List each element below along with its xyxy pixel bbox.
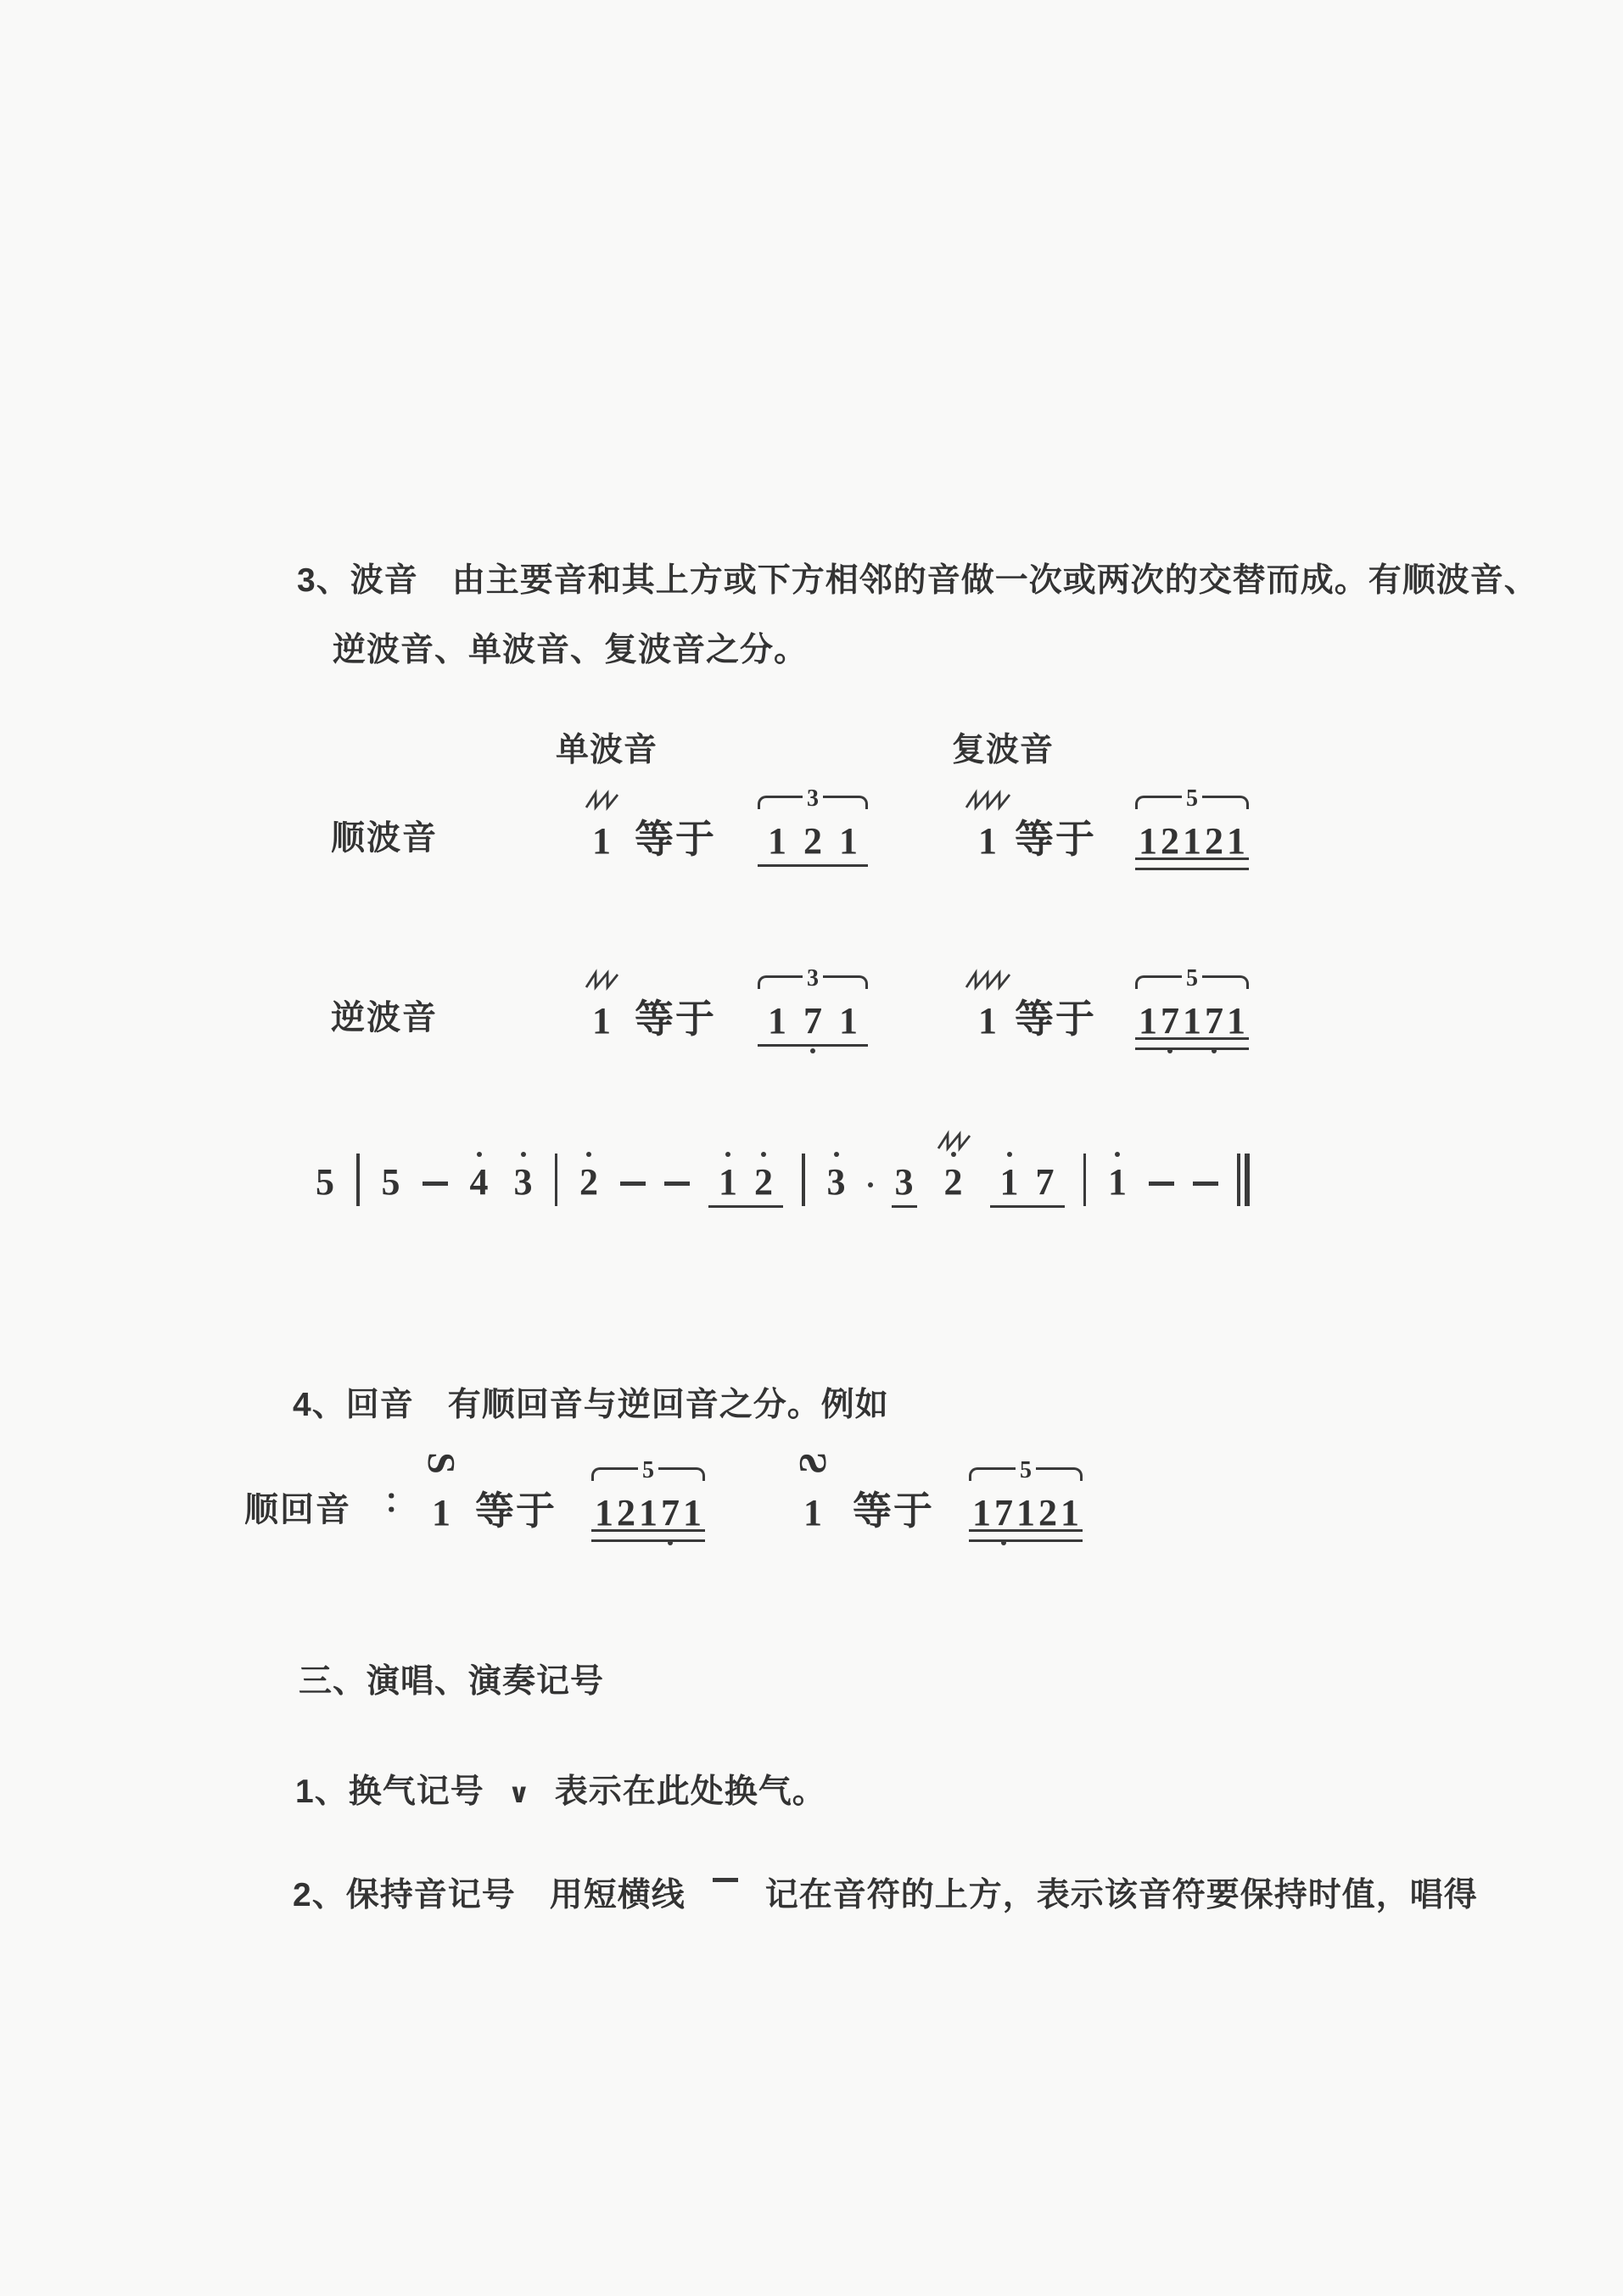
music-note: 12 — [708, 1164, 783, 1206]
final-barline — [1237, 1154, 1250, 1206]
tuplet-bracket-left — [591, 1467, 638, 1481]
jianpu-note: 7 — [994, 1494, 1013, 1532]
tuplet-bracket: 3 — [758, 975, 868, 992]
tuplet-bracket-left — [969, 1467, 1016, 1481]
jianpu-note: 2 — [579, 1164, 598, 1201]
note-digit: 1 — [639, 1492, 658, 1533]
music-note: 2 — [936, 1130, 971, 1206]
wave-row-shun: 顺波音1等于31211等于512121 — [0, 746, 1623, 865]
equals-label: 等于 — [853, 1491, 934, 1537]
jianpu-note: 1 — [1227, 823, 1245, 860]
jianpu-figure: 1 — [975, 1003, 1000, 1045]
note-digit: 2 — [944, 1161, 963, 1203]
jianpu-figure: 2 — [941, 1164, 966, 1206]
note-digit: 1 — [768, 1000, 786, 1042]
jianpu-note: 1 — [592, 1003, 611, 1040]
jianpu-figure: 1 — [589, 823, 614, 865]
colon-separator: ： — [383, 1484, 417, 1527]
jianpu-note: 2 — [1161, 823, 1179, 860]
jianpu-note: 2 — [617, 1494, 635, 1532]
jianpu-note: 1 — [978, 1003, 997, 1040]
music-note: 4 — [467, 1164, 492, 1206]
note-digit: 5 — [382, 1161, 400, 1203]
principal-note: 1 — [964, 789, 1011, 865]
jianpu-note: 1 — [683, 1494, 702, 1532]
octave-dot-high — [1007, 1152, 1012, 1157]
jianpu-figure: 12121 — [1135, 823, 1249, 865]
mordent-ornament — [964, 969, 1011, 991]
jianpu-note: 1 — [1061, 1494, 1079, 1532]
jianpu-note: 1 — [1183, 1003, 1201, 1040]
duration-dash — [620, 1182, 646, 1186]
jianpu-figure: 3 — [892, 1164, 917, 1206]
jianpu-note: 1 — [1139, 1003, 1157, 1040]
tuplet-bracket: 3 — [758, 796, 868, 813]
breath-mark-text-pre: 1、换气记号 — [295, 1774, 484, 1810]
jianpu-figure: 1 — [975, 823, 1000, 865]
note-digit: 2 — [1161, 820, 1179, 862]
note-digit: 1 — [978, 820, 997, 862]
duration-dash — [664, 1182, 690, 1186]
mordent-zigzag-icon — [584, 969, 619, 991]
jianpu-note: 4 — [470, 1164, 489, 1201]
note-digit: 1 — [978, 1000, 997, 1042]
jianpu-note: 2 — [1038, 1494, 1057, 1532]
note-digit: 1 — [592, 1000, 611, 1042]
row-label: 顺回音 — [244, 1493, 351, 1527]
equals-label: 等于 — [635, 819, 716, 865]
note-digit: 2 — [803, 820, 822, 862]
result-figure: 517171 — [1135, 975, 1249, 1045]
music-note: 3 — [892, 1164, 917, 1206]
jianpu-note: 1 — [768, 1003, 786, 1040]
tuplet-bracket: 5 — [591, 1467, 705, 1484]
jianpu-figure: 121 — [758, 823, 868, 865]
note-digit: 7 — [994, 1492, 1013, 1533]
jianpu-note: 1 — [839, 1003, 858, 1040]
augmentation-dot — [868, 1182, 873, 1187]
tenuto-mark-icon — [713, 1878, 738, 1882]
mordent-ornament — [936, 1130, 971, 1152]
jianpu-note: 1 — [639, 1494, 658, 1532]
jianpu-note: 5 — [316, 1164, 334, 1201]
turn-row-shun: 顺回音：S1等于512171S1等于517121 — [0, 1418, 1623, 1537]
jianpu-figure: 17 — [990, 1164, 1065, 1206]
jianpu-note: 3 — [895, 1164, 914, 1201]
jianpu-figure: 2 — [576, 1164, 602, 1206]
note-digit: 2 — [754, 1161, 773, 1203]
breath-mark-text-post: 表示在此处换气。 — [555, 1774, 826, 1810]
jianpu-note: 2 — [944, 1164, 963, 1201]
jianpu-note: 7 — [803, 1003, 822, 1040]
mordent-zigzag-icon — [964, 969, 1011, 991]
turn-ornament: S — [802, 1444, 824, 1483]
jianpu-note: 1 — [1183, 823, 1201, 860]
note-digit: 1 — [719, 1161, 737, 1203]
music-note: 3 — [824, 1164, 849, 1206]
music-example-line: 5543212332171 — [312, 1111, 1250, 1206]
tenuto-mark-item: 2、保持音记号 用短横线记在音符的上方，表示该音符要保持时值，唱得 — [293, 1874, 1478, 1918]
note-digit: 1 — [595, 1492, 613, 1533]
mordent-ornament — [964, 789, 1011, 811]
principal-note: 1 — [964, 969, 1011, 1045]
jianpu-note: 1 — [1108, 1164, 1127, 1201]
octave-dot-high — [761, 1152, 766, 1157]
jianpu-figure: 1 — [800, 1494, 825, 1537]
principal-note: 1 — [584, 789, 619, 865]
tuplet-bracket-left — [1135, 975, 1182, 989]
turn-icon: S — [793, 1452, 832, 1474]
wave-row-ni: 逆波音1等于31711等于517171 — [0, 926, 1623, 1045]
octave-dot-low — [1167, 1048, 1172, 1053]
principal-note: S1 — [428, 1444, 454, 1537]
mordent-zigzag-icon — [964, 789, 1011, 811]
jianpu-figure: 3 — [824, 1164, 849, 1206]
equals-label: 等于 — [475, 1491, 557, 1537]
jianpu-note: 5 — [382, 1164, 400, 1201]
tuplet-bracket-right — [1036, 1467, 1083, 1481]
tuplet-bracket-left — [1135, 796, 1182, 809]
note-digit: 1 — [1000, 1161, 1019, 1203]
octave-dot-high — [521, 1152, 526, 1157]
tuplet-bracket-right — [658, 1467, 705, 1481]
note-digit: 1 — [1183, 1000, 1201, 1042]
note-digit: 4 — [470, 1161, 489, 1203]
note-digit: 3 — [827, 1161, 846, 1203]
note-digit: 7 — [803, 1000, 822, 1042]
jianpu-note: 1 — [1227, 1003, 1245, 1040]
note-digit: 2 — [579, 1161, 598, 1203]
tuplet-bracket: 5 — [1135, 796, 1249, 813]
mordent-zigzag-icon — [936, 1130, 971, 1152]
note-digit: 1 — [1139, 820, 1157, 862]
jianpu-figure: 1 — [428, 1494, 454, 1537]
turn-icon: S — [422, 1452, 461, 1474]
music-note: 5 — [378, 1164, 404, 1206]
jianpu-note: 1 — [1000, 1164, 1019, 1201]
note-digit: 7 — [661, 1492, 680, 1533]
tenuto-text-pre: 2、保持音记号 用短横线 — [293, 1877, 686, 1913]
jianpu-figure: 3 — [511, 1164, 536, 1206]
jianpu-note: 1 — [803, 1494, 822, 1532]
note-digit: 7 — [1036, 1161, 1055, 1203]
note-digit: 1 — [839, 1000, 858, 1042]
equals-label: 等于 — [635, 999, 716, 1045]
jianpu-note: 3 — [514, 1164, 533, 1201]
note-digit: 1 — [839, 820, 858, 862]
breath-mark-item: 1、换气记号∨表示在此处换气。 — [295, 1771, 826, 1814]
mordent-ornament — [584, 789, 619, 811]
section3-line1: 3、波音 由主要音和其上方或下方相邻的音做一次或两次的交替而成。有顺波音、 — [297, 560, 1538, 603]
music-note: 3 — [511, 1164, 536, 1206]
note-digit: 7 — [1161, 1000, 1179, 1042]
music-note: 5 — [312, 1164, 338, 1206]
octave-dot-high — [586, 1152, 591, 1157]
tuplet-number: 5 — [1186, 787, 1198, 811]
note-digit: 1 — [432, 1492, 451, 1533]
jianpu-note: 2 — [754, 1164, 773, 1201]
jianpu-figure: 12171 — [591, 1494, 705, 1537]
jianpu-figure: 12 — [708, 1164, 783, 1206]
result-figure: 517121 — [969, 1467, 1083, 1537]
result-figure: 3121 — [758, 796, 868, 865]
duration-dash — [423, 1182, 448, 1186]
jianpu-figure: 17171 — [1135, 1003, 1249, 1045]
jianpu-note: 1 — [1139, 823, 1157, 860]
jianpu-note: 1 — [839, 823, 858, 860]
jianpu-note: 1 — [432, 1494, 451, 1532]
result-figure: 512121 — [1135, 796, 1249, 865]
equals-label: 等于 — [1015, 999, 1096, 1045]
music-note: 1 — [1105, 1164, 1130, 1206]
tuplet-bracket-left — [758, 796, 803, 809]
tuplet-number: 5 — [1020, 1459, 1032, 1483]
jianpu-figure: 5 — [312, 1164, 338, 1206]
jianpu-note: 1 — [768, 823, 786, 860]
section-three-heading: 三、演唱、演奏记号 — [299, 1661, 604, 1704]
note-digit: 7 — [1205, 1000, 1223, 1042]
equals-label: 等于 — [1015, 819, 1096, 865]
jianpu-figure: 1 — [589, 1003, 614, 1045]
tuplet-bracket-right — [1202, 796, 1249, 809]
tuplet-number: 3 — [807, 967, 819, 991]
note-digit: 3 — [895, 1161, 914, 1203]
section3-line2: 逆波音、单波音、复波音之分。 — [333, 629, 808, 673]
octave-dot-high — [1115, 1152, 1120, 1157]
tuplet-bracket-left — [758, 975, 803, 989]
note-digit: 1 — [803, 1492, 822, 1533]
duration-dash — [1149, 1182, 1174, 1186]
jianpu-note: 1 — [1016, 1494, 1035, 1532]
mordent-ornament — [584, 969, 619, 991]
octave-dot-high — [477, 1152, 482, 1157]
tuplet-bracket-right — [1202, 975, 1249, 989]
jianpu-note: 1 — [972, 1494, 991, 1532]
octave-dot-low — [810, 1048, 815, 1053]
tuplet-number: 3 — [807, 787, 819, 811]
music-note: 2 — [576, 1164, 602, 1206]
octave-dot-low — [668, 1540, 673, 1545]
octave-dot-low — [1212, 1048, 1217, 1053]
note-digit: 1 — [1227, 1000, 1245, 1042]
note-digit: 1 — [1183, 820, 1201, 862]
note-digit: 5 — [316, 1161, 334, 1203]
jianpu-note: 1 — [592, 823, 611, 860]
jianpu-note: 3 — [827, 1164, 846, 1201]
note-digit: 2 — [1205, 820, 1223, 862]
note-digit: 1 — [1016, 1492, 1035, 1533]
note-digit: 1 — [683, 1492, 702, 1533]
octave-dot-high — [834, 1152, 839, 1157]
jianpu-note: 1 — [719, 1164, 737, 1201]
note-digit: 2 — [1038, 1492, 1057, 1533]
result-figure: 512171 — [591, 1467, 705, 1537]
final-barline-thick — [1245, 1154, 1250, 1206]
barline — [802, 1154, 805, 1206]
note-digit: 1 — [1108, 1161, 1127, 1203]
jianpu-note: 2 — [1205, 823, 1223, 860]
octave-dot-low — [1001, 1540, 1006, 1545]
tuplet-bracket: 5 — [1135, 975, 1249, 992]
result-figure: 3171 — [758, 975, 868, 1045]
turn-ornament: S — [430, 1444, 452, 1483]
row-label: 顺波音 — [331, 821, 438, 855]
note-digit: 1 — [1061, 1492, 1079, 1533]
mordent-zigzag-icon — [584, 789, 619, 811]
note-digit: 1 — [768, 820, 786, 862]
breath-mark-icon: ∨ — [508, 1779, 531, 1807]
barline — [356, 1154, 360, 1206]
octave-dot-high — [951, 1152, 956, 1157]
tuplet-number: 5 — [642, 1459, 654, 1483]
jianpu-figure: 4 — [467, 1164, 492, 1206]
music-note: 17 — [990, 1164, 1065, 1206]
jianpu-note: 7 — [1036, 1164, 1055, 1201]
note-digit: 2 — [617, 1492, 635, 1533]
jianpu-note: 1 — [978, 823, 997, 860]
document-page: 3、波音 由主要音和其上方或下方相邻的音做一次或两次的交替而成。有顺波音、 逆波… — [0, 0, 1623, 2296]
note-digit: 1 — [592, 820, 611, 862]
barline — [555, 1154, 558, 1206]
final-barline-thin — [1237, 1154, 1240, 1206]
tuplet-bracket-right — [823, 796, 868, 809]
note-digit: 3 — [514, 1161, 533, 1203]
jianpu-note: 7 — [661, 1494, 680, 1532]
jianpu-figure: 1 — [1105, 1164, 1130, 1206]
tuplet-bracket: 5 — [969, 1467, 1083, 1484]
jianpu-figure: 171 — [758, 1003, 868, 1045]
principal-note: 1 — [584, 969, 619, 1045]
jianpu-note: 2 — [803, 823, 822, 860]
note-digit: 1 — [1227, 820, 1245, 862]
octave-dot-high — [725, 1152, 730, 1157]
tuplet-number: 5 — [1186, 967, 1198, 991]
jianpu-note: 7 — [1161, 1003, 1179, 1040]
note-digit: 1 — [1139, 1000, 1157, 1042]
jianpu-note: 7 — [1205, 1003, 1223, 1040]
jianpu-figure: 5 — [378, 1164, 404, 1206]
barline — [1083, 1154, 1087, 1206]
principal-note: S1 — [800, 1444, 825, 1537]
note-digit: 1 — [972, 1492, 991, 1533]
jianpu-note: 1 — [595, 1494, 613, 1532]
jianpu-figure: 17121 — [969, 1494, 1083, 1537]
row-label: 逆波音 — [331, 1001, 438, 1035]
duration-dash — [1193, 1182, 1218, 1186]
tuplet-bracket-right — [823, 975, 868, 989]
tenuto-text-post: 记在音符的上方，表示该音符要保持时值，唱得 — [765, 1877, 1478, 1913]
